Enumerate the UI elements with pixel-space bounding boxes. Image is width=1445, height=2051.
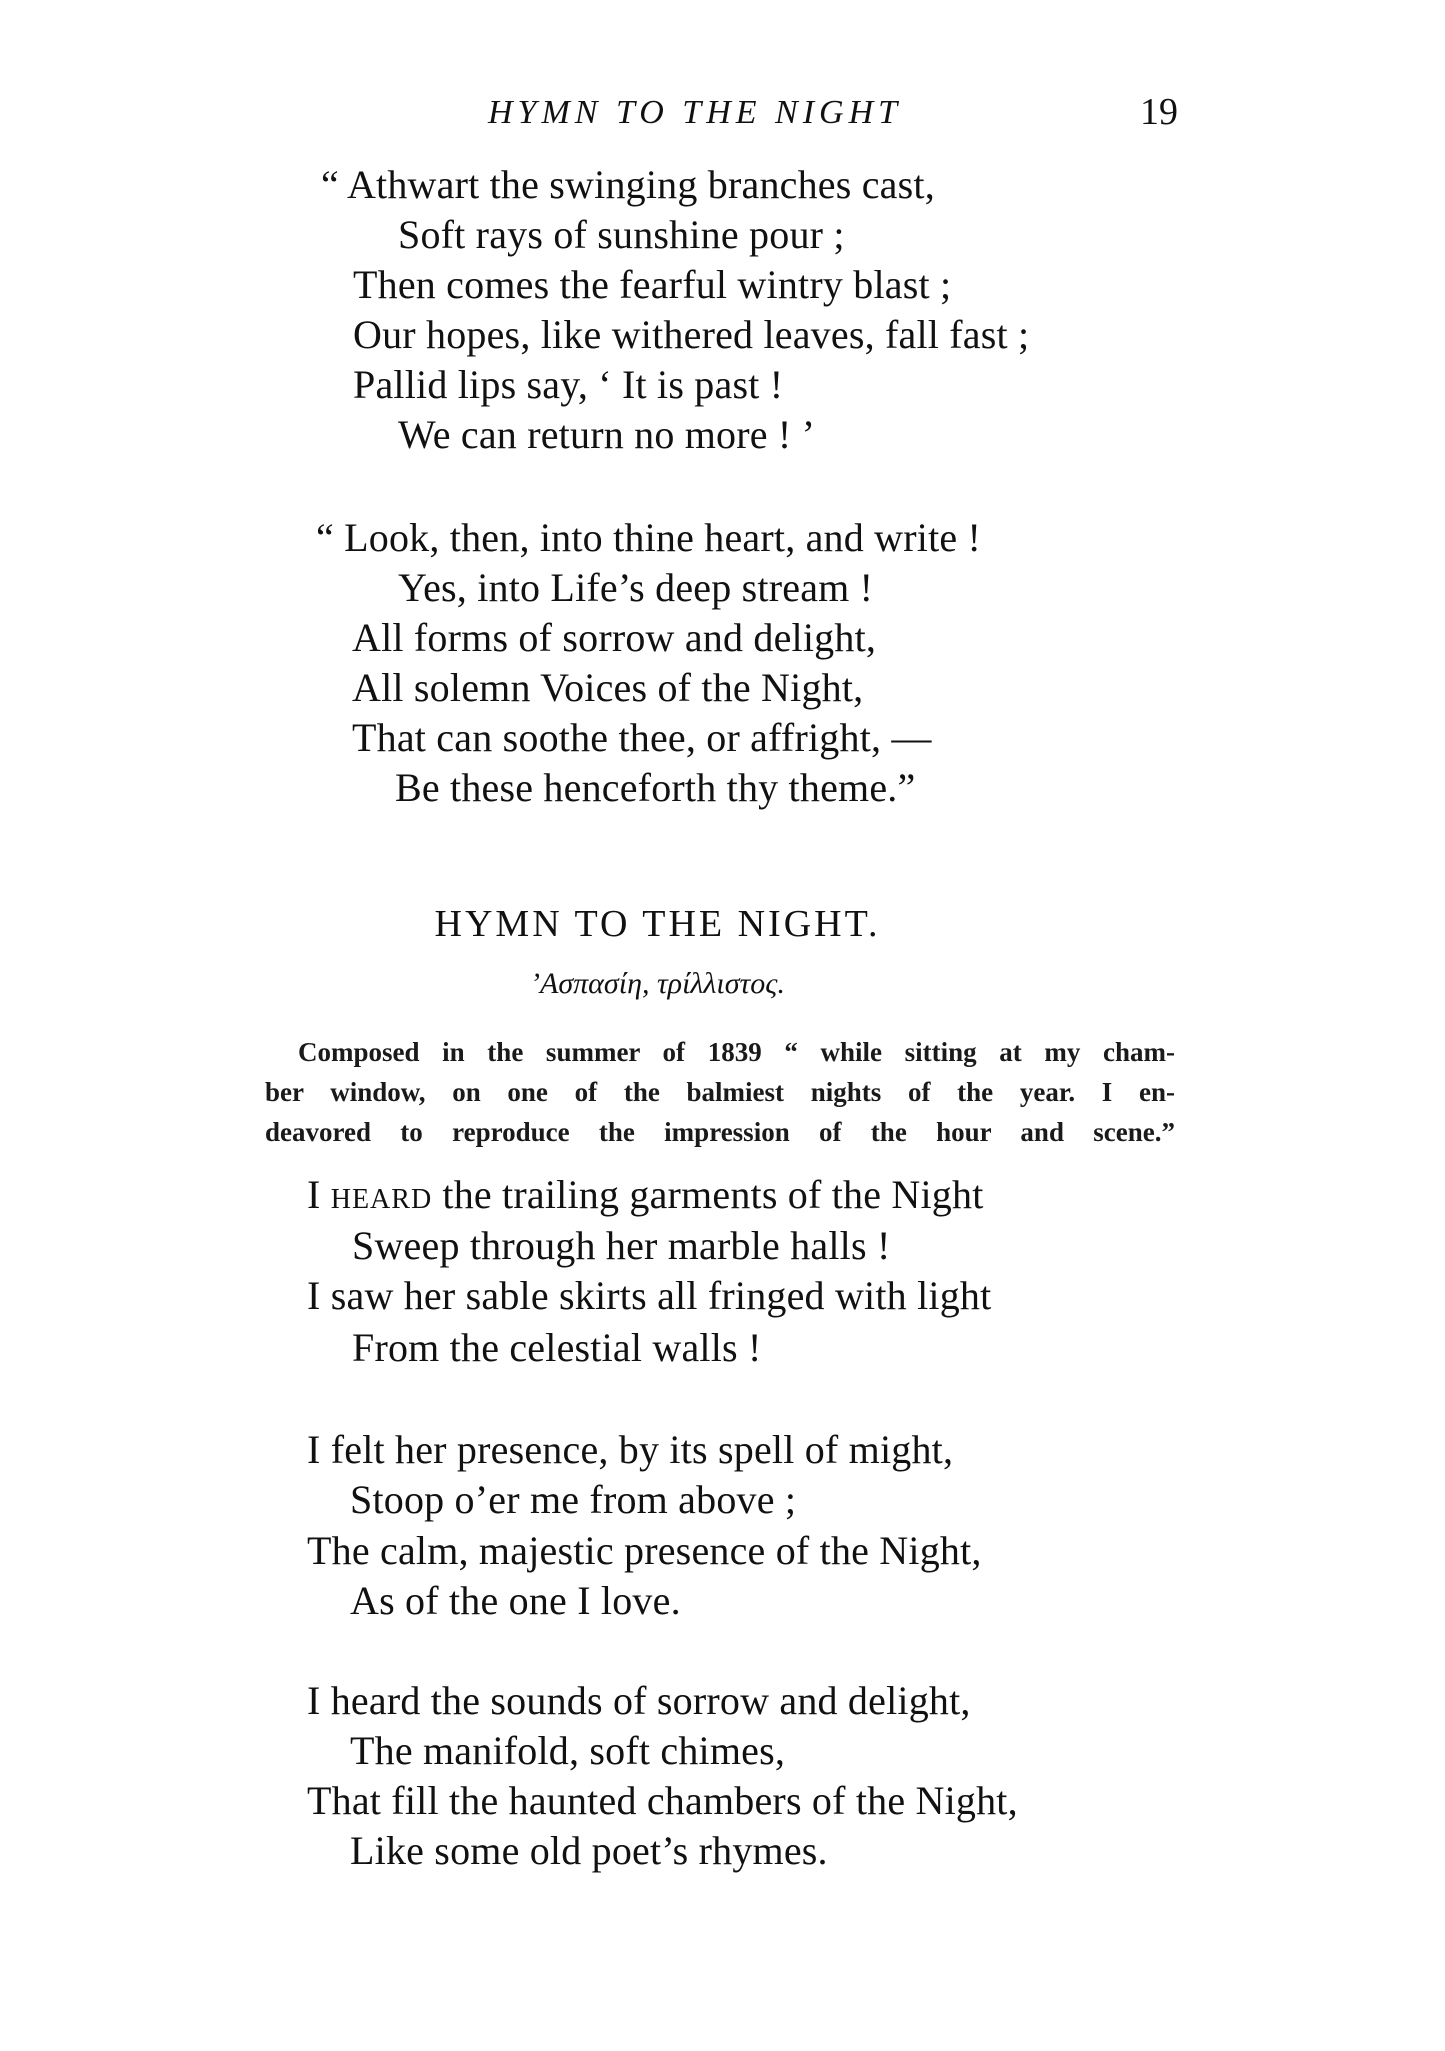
verse-line-opening: I heard the trailing garments of the Nig… bbox=[307, 1175, 984, 1215]
verse-line: Soft rays of sunshine pour ; bbox=[398, 215, 845, 255]
composition-note: Composed in the summer of 1839 “ while s… bbox=[265, 1032, 1175, 1152]
verse-line: The manifold, soft chimes, bbox=[350, 1731, 785, 1771]
verse-line: Be these henceforth thy theme.” bbox=[395, 768, 915, 808]
verse-line: “ Look, then, into thine heart, and writ… bbox=[316, 518, 981, 558]
verse-line: Like some old poet’s rhymes. bbox=[350, 1831, 828, 1871]
note-line: ber window, on one of the balmiest night… bbox=[265, 1072, 1175, 1112]
verse-line: From the celestial walls ! bbox=[352, 1328, 762, 1368]
opening-smallcaps-word: heard bbox=[331, 1172, 432, 1217]
poem-epigraph: ’Ασπασίη, τρίλλιστος. bbox=[0, 969, 1315, 999]
verse-line: Pallid lips say, ‘ It is past ! bbox=[353, 365, 783, 405]
verse-line: That fill the haunted chambers of the Ni… bbox=[307, 1781, 1018, 1821]
poem-title: HYMN TO THE NIGHT. bbox=[0, 905, 1315, 943]
verse-line: Stoop o’er me from above ; bbox=[350, 1480, 796, 1520]
verse-line: Then comes the fearful wintry blast ; bbox=[353, 265, 951, 305]
verse-line: Our hopes, like withered leaves, fall fa… bbox=[353, 315, 1029, 355]
opening-word: I bbox=[307, 1172, 321, 1217]
verse-line: “ Athwart the swinging branches cast, bbox=[321, 165, 935, 205]
verse-line: That can soothe thee, or affright, — bbox=[352, 718, 932, 758]
verse-line: Yes, into Life’s deep stream ! bbox=[398, 568, 873, 608]
verse-line: All solemn Voices of the Night, bbox=[352, 668, 863, 708]
book-page: HYMN TO THE NIGHT 19 “ Athwart the swing… bbox=[0, 0, 1445, 2051]
note-line: Composed in the summer of 1839 “ while s… bbox=[265, 1032, 1175, 1072]
verse-line: The calm, majestic presence of the Night… bbox=[307, 1531, 982, 1571]
verse-line: As of the one I love. bbox=[350, 1581, 681, 1621]
verse-line: All forms of sorrow and delight, bbox=[352, 618, 876, 658]
page-number: 19 bbox=[1140, 93, 1178, 131]
verse-line: We can return no more ! ’ bbox=[398, 415, 815, 455]
verse-line: I saw her sable skirts all fringed with … bbox=[307, 1276, 991, 1316]
verse-line: I heard the sounds of sorrow and delight… bbox=[307, 1681, 971, 1721]
note-line: deavored to reproduce the impression of … bbox=[265, 1112, 1175, 1152]
verse-line: I felt her presence, by its spell of mig… bbox=[307, 1430, 953, 1470]
running-header-title: HYMN TO THE NIGHT bbox=[488, 96, 928, 130]
opening-line-rest: the trailing garments of the Night bbox=[432, 1172, 983, 1217]
verse-line: Sweep through her marble halls ! bbox=[352, 1226, 890, 1266]
